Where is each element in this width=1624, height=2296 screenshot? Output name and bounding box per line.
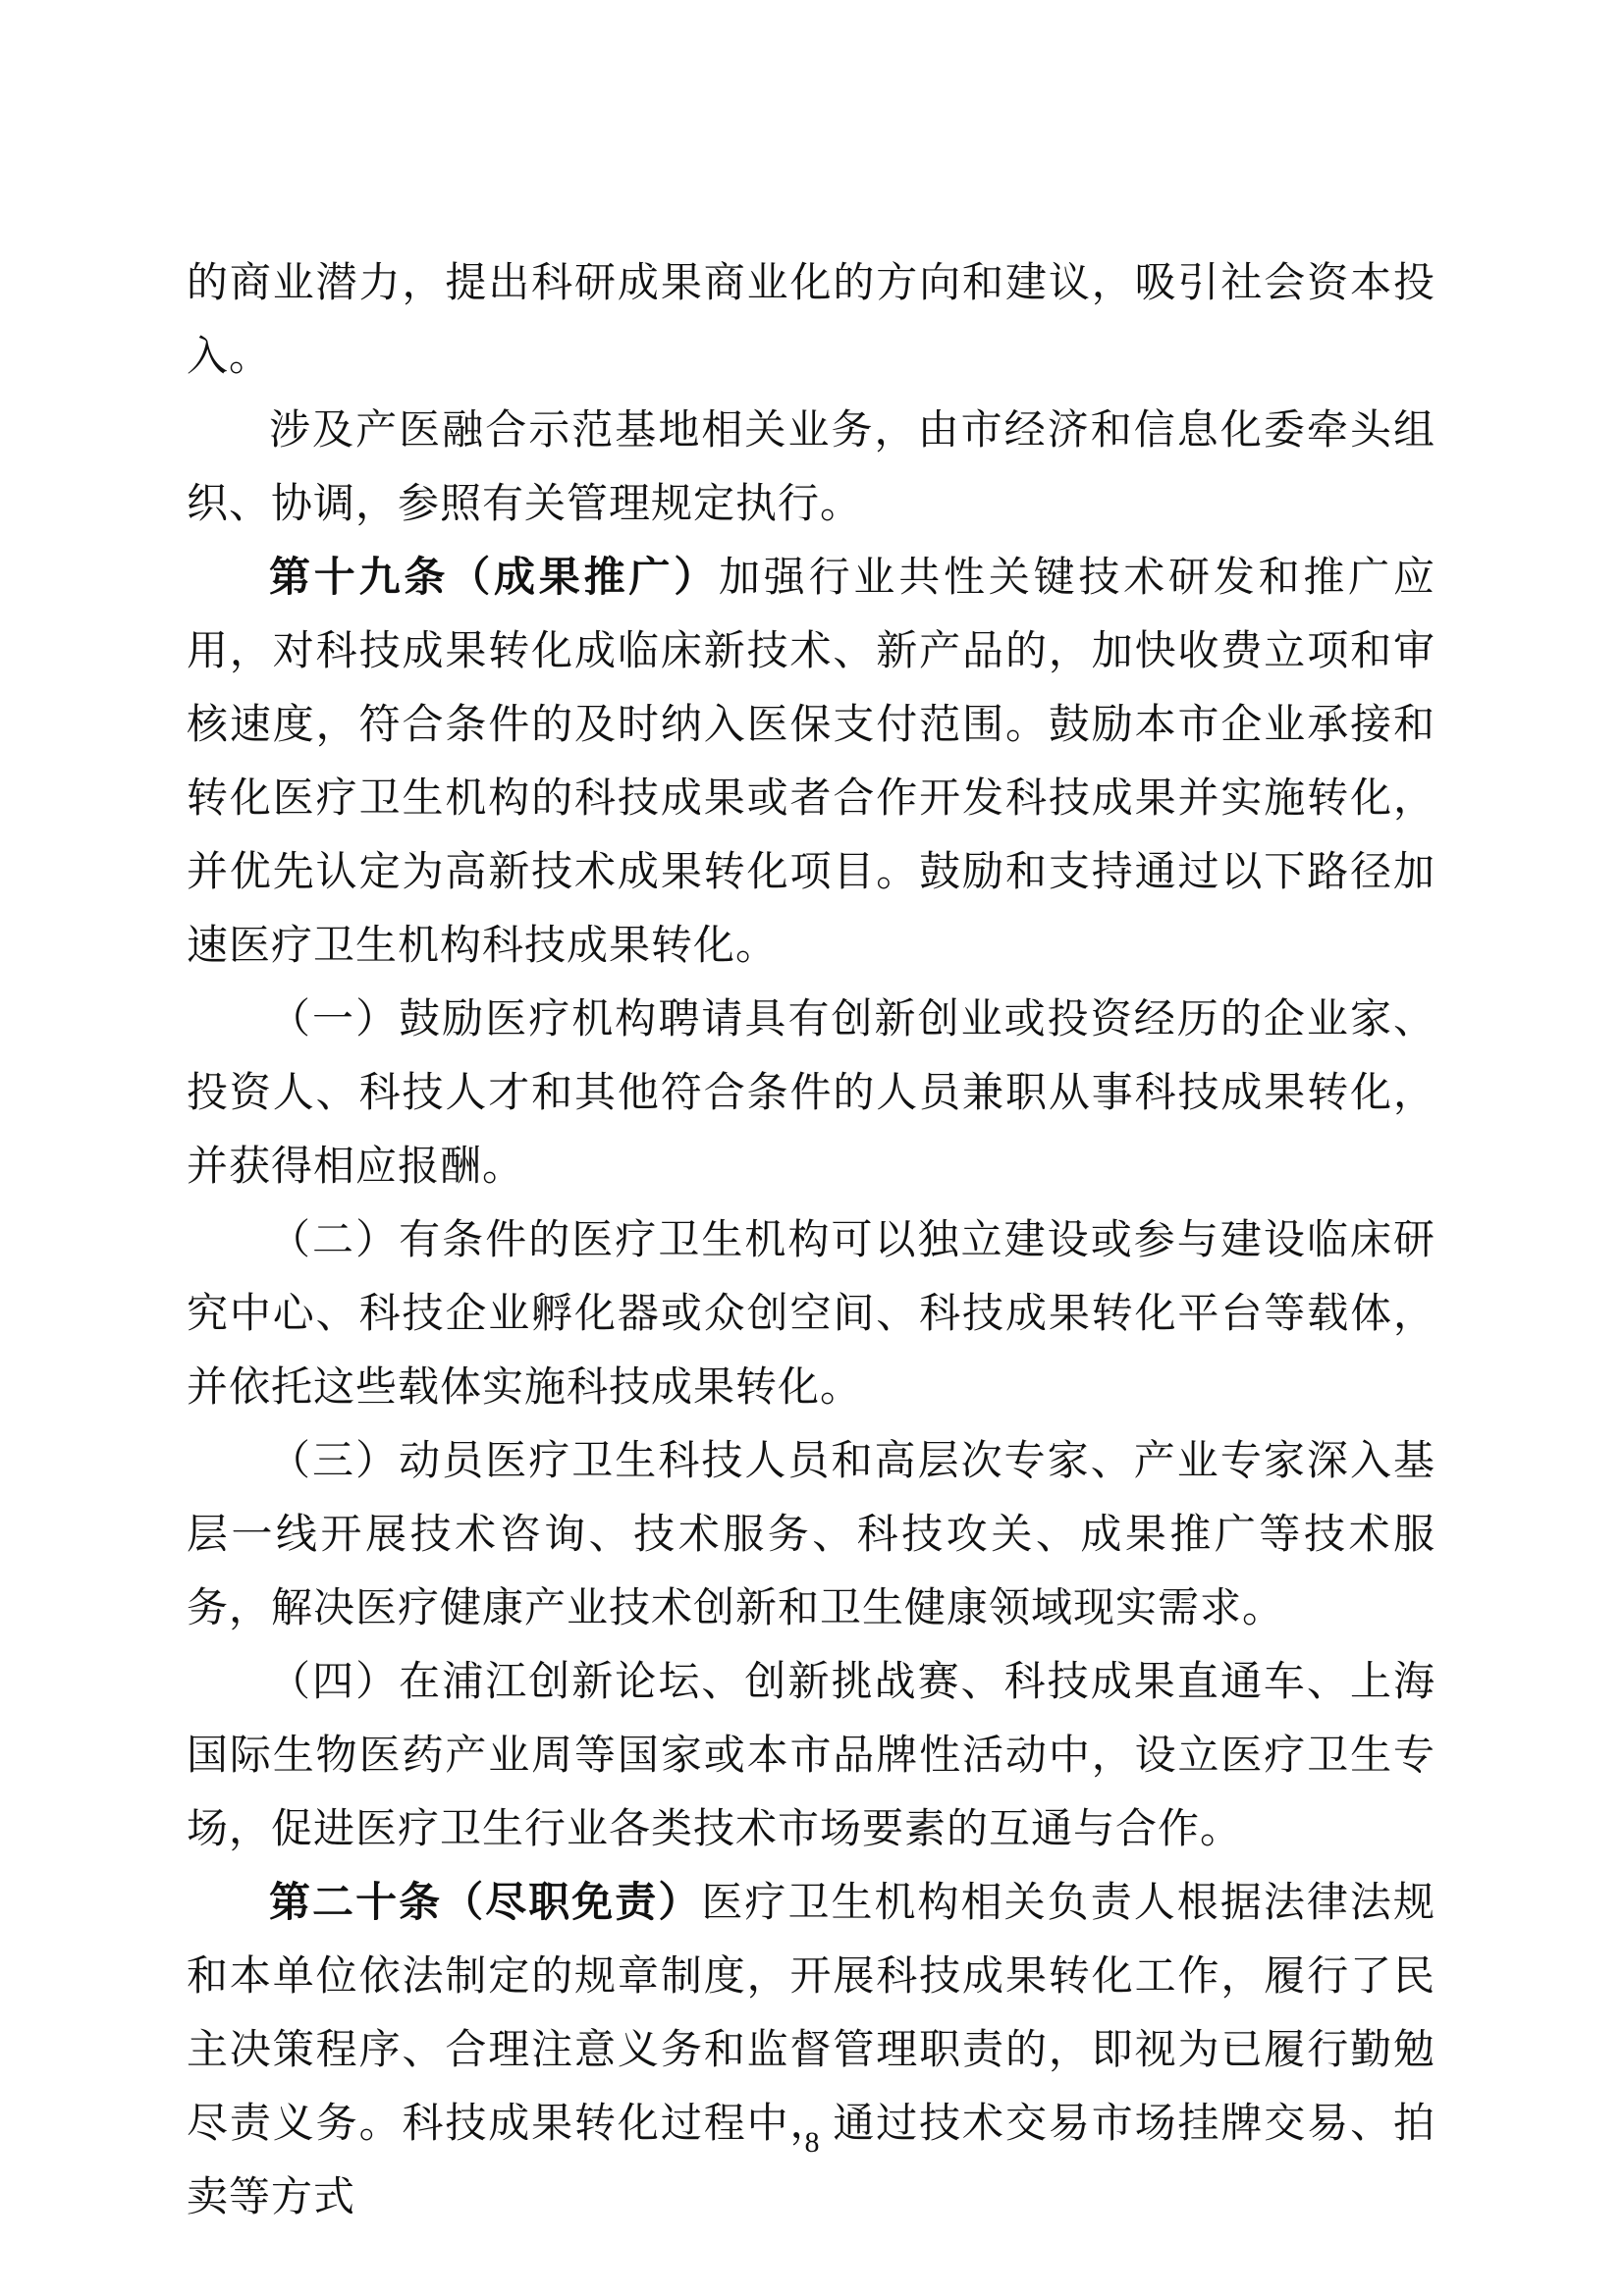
- document-body: 的商业潜力，提出科研成果商业化的方向和建议，吸引社会资本投入。 涉及产医融合示范…: [187, 247, 1435, 2235]
- paragraph-text: 的商业潜力，提出科研成果商业化的方向和建议，吸引社会资本投入。: [187, 261, 1435, 380]
- paragraph-text: 医疗卫生机构相关负责人根据法律法规和本单位依法制定的规章制度，开展科技成果转化工…: [187, 1881, 1435, 2220]
- paragraph-article-20: 第二十条（尽职免责）医疗卫生机构相关负责人根据法律法规和本单位依法制定的规章制度…: [187, 1867, 1435, 2235]
- paragraph-text: （四）在浦江创新论坛、创新挑战赛、科技成果直通车、上海国际生物医药产业周等国家或…: [187, 1660, 1435, 1852]
- paragraph-text: （一）鼓励医疗机构聘请具有创新创业或投资经历的企业家、投资人、科技人才和其他符合…: [187, 997, 1435, 1190]
- article-heading: 第二十条（尽职免责）: [269, 1881, 701, 1926]
- paragraph-text: （二）有条件的医疗卫生机构可以独立建设或参与建设临床研究中心、科技企业孵化器或众…: [187, 1218, 1435, 1411]
- paragraph-item-1: （一）鼓励医疗机构聘请具有创新创业或投资经历的企业家、投资人、科技人才和其他符合…: [187, 984, 1435, 1204]
- paragraph: 的商业潜力，提出科研成果商业化的方向和建议，吸引社会资本投入。: [187, 247, 1435, 395]
- paragraph-text: 涉及产医融合示范基地相关业务，由市经济和信息化委牵头组织、协调，参照有关管理规定…: [187, 408, 1435, 527]
- page-number: 8: [0, 2125, 1624, 2161]
- article-heading: 第十九条（成果推广）: [269, 556, 719, 601]
- document-page: 的商业潜力，提出科研成果商业化的方向和建议，吸引社会资本投入。 涉及产医融合示范…: [0, 0, 1624, 2296]
- paragraph-article-19: 第十九条（成果推广）加强行业共性关键技术研发和推广应用，对科技成果转化成临床新技…: [187, 542, 1435, 984]
- paragraph-text: 加强行业共性关键技术研发和推广应用，对科技成果转化成临床新技术、新产品的，加快收…: [187, 556, 1435, 969]
- paragraph-item-3: （三）动员医疗卫生科技人员和高层次专家、产业专家深入基层一线开展技术咨询、技术服…: [187, 1425, 1435, 1646]
- paragraph-item-4: （四）在浦江创新论坛、创新挑战赛、科技成果直通车、上海国际生物医药产业周等国家或…: [187, 1646, 1435, 1867]
- paragraph-text: （三）动员医疗卫生科技人员和高层次专家、产业专家深入基层一线开展技术咨询、技术服…: [187, 1439, 1435, 1631]
- paragraph: 涉及产医融合示范基地相关业务，由市经济和信息化委牵头组织、协调，参照有关管理规定…: [187, 395, 1435, 542]
- paragraph-item-2: （二）有条件的医疗卫生机构可以独立建设或参与建设临床研究中心、科技企业孵化器或众…: [187, 1204, 1435, 1425]
